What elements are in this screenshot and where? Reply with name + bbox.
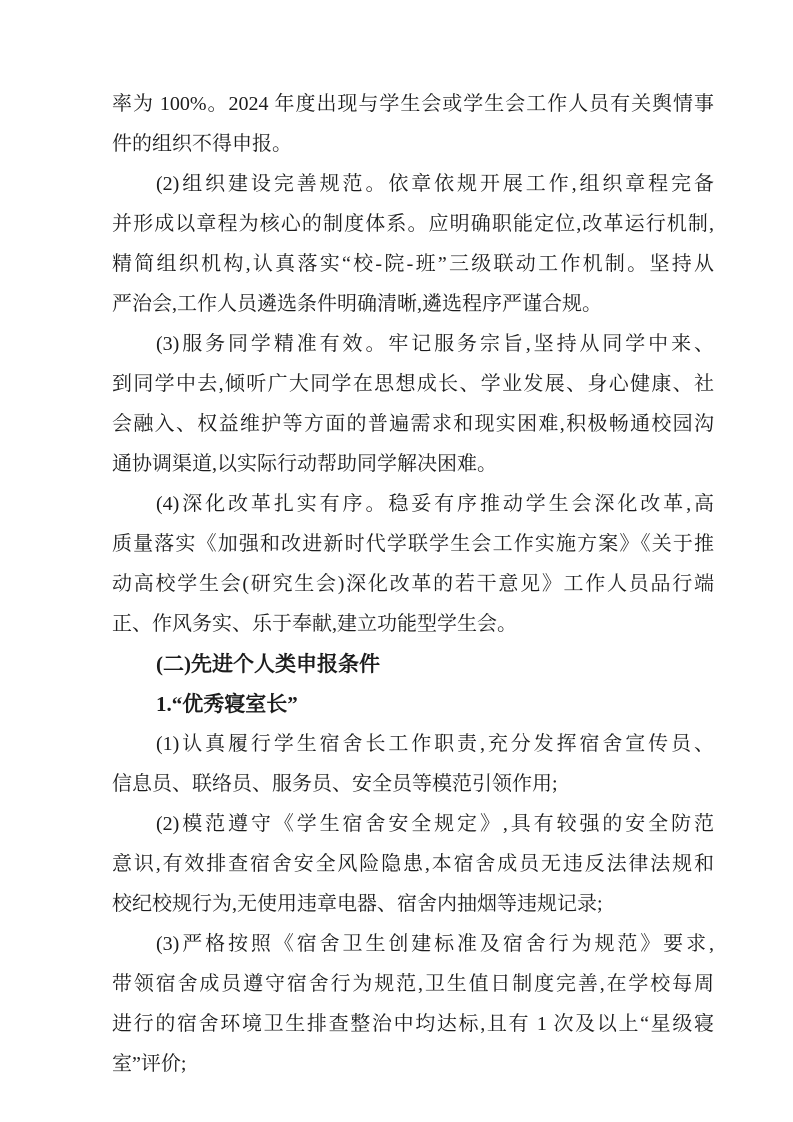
text-line: 意识,有效排查宿舍安全风险隐患,本宿舍成员无违反法律法规和: [112, 844, 714, 884]
text-line: 正、作风务实、乐于奉献,建立功能型学生会。: [112, 604, 714, 644]
text-line: (4)深化改革扎实有序。稳妥有序推动学生会深化改革,高: [112, 484, 714, 524]
text-line: 件的组织不得申报。: [112, 124, 714, 164]
text-line: 校纪校规行为,无使用违章电器、宿舍内抽烟等违规记录;: [112, 884, 714, 924]
text-line: 率为 100%。2024 年度出现与学生会或学生会工作人员有关舆情事: [112, 84, 714, 124]
text-line: 动高校学生会(研究生会)深化改革的若干意见》工作人员品行端: [112, 564, 714, 604]
text-line: 并形成以章程为核心的制度体系。应明确职能定位,改革运行机制,: [112, 204, 714, 244]
text-line: 信息员、联络员、服务员、安全员等模范引领作用;: [112, 764, 714, 804]
text-line: (3)服务同学精准有效。牢记服务宗旨,坚持从同学中来、: [112, 324, 714, 364]
text-line: 质量落实《加强和改进新时代学联学生会工作实施方案》《关于推: [112, 524, 714, 564]
text-line: (3)严格按照《宿舍卫生创建标准及宿舍行为规范》要求,: [112, 924, 714, 964]
document-page: 率为 100%。2024 年度出现与学生会或学生会工作人员有关舆情事件的组织不得…: [0, 0, 793, 1122]
text-line: 严治会,工作人员遴选条件明确清晰,遴选程序严谨合规。: [112, 284, 714, 324]
text-line: 会融入、权益维护等方面的普遍需求和现实困难,积极畅通校园沟: [112, 404, 714, 444]
text-line: 通协调渠道,以实际行动帮助同学解决困难。: [112, 444, 714, 484]
text-line: (1)认真履行学生宿舍长工作职责,充分发挥宿舍宣传员、: [112, 724, 714, 764]
text-line: 带领宿舍成员遵守宿舍行为规范,卫生值日制度完善,在学校每周: [112, 964, 714, 1004]
text-line: 精简组织机构,认真落实“校-院-班”三级联动工作机制。坚持从: [112, 244, 714, 284]
text-line: (2)模范遵守《学生宿舍安全规定》,具有较强的安全防范: [112, 804, 714, 844]
text-line: 到同学中去,倾听广大同学在思想成长、学业发展、身心健康、社: [112, 364, 714, 404]
text-line: 室”评价;: [112, 1044, 714, 1084]
text-line: (2)组织建设完善规范。依章依规开展工作,组织章程完备: [112, 164, 714, 204]
text-line: 进行的宿舍环境卫生排查整治中均达标,且有 1 次及以上“星级寝: [112, 1004, 714, 1044]
text-block: 率为 100%。2024 年度出现与学生会或学生会工作人员有关舆情事件的组织不得…: [112, 84, 714, 1084]
heading-line: 1.“优秀寝室长”: [112, 684, 714, 724]
heading-line: (二)先进个人类申报条件: [112, 644, 714, 684]
